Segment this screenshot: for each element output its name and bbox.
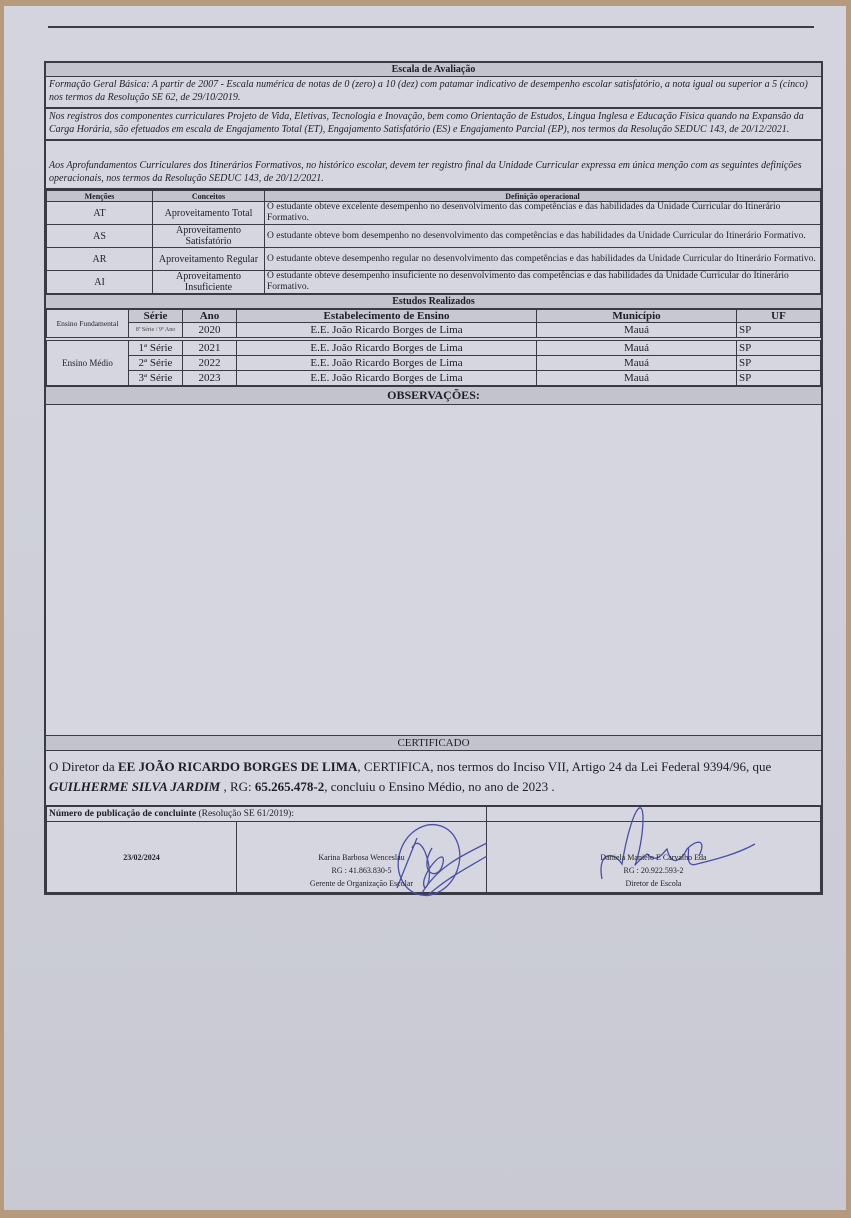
publication-label-bold: Número de publicação de concluinte	[49, 809, 196, 819]
school-header: Estabelecimento de Ensino	[237, 310, 537, 323]
school-record-document: Escala de Avaliação Formação Geral Básic…	[44, 61, 823, 895]
study-row: 3ª Série 2023 E.E. João Ricardo Borges d…	[47, 371, 821, 386]
city-header: Município	[537, 310, 737, 323]
study-city: Mauá	[537, 356, 737, 371]
mentions-header: Menções	[47, 191, 153, 202]
mention-code: AS	[47, 225, 153, 248]
signer2-rg: RG : 20.922.593-2	[487, 864, 820, 877]
mention-concept: Aproveitamento Insuficiente	[153, 271, 265, 294]
certificate-text: O Diretor da EE JOÃO RICARDO BORGES DE L…	[46, 751, 821, 806]
study-city: Mauá	[537, 371, 737, 386]
publication-number-value	[487, 807, 821, 822]
mention-code: AT	[47, 202, 153, 225]
cert-text-part: , RG:	[220, 779, 255, 794]
signature-table: Número de publicação de concluinte (Reso…	[46, 806, 821, 893]
study-uf: SP	[737, 371, 821, 386]
issue-date: 23/02/2024	[123, 853, 159, 862]
mention-row: AI Aproveitamento Insuficiente O estudan…	[47, 271, 821, 294]
observations-body	[46, 405, 821, 736]
study-serie: 2ª Série	[129, 356, 183, 371]
signer2-name: Daniela Manielo E Carvalho Eda	[487, 851, 820, 864]
signer1-name: Karina Barbosa Wenceslau	[237, 851, 486, 864]
study-row: Ensino Médio 1ª Série 2021 E.E. João Ric…	[47, 341, 821, 356]
study-year: 2021	[183, 341, 237, 356]
mention-code: AI	[47, 271, 153, 294]
study-uf: SP	[737, 356, 821, 371]
mention-concept: Aproveitamento Total	[153, 202, 265, 225]
study-uf: SP	[737, 341, 821, 356]
observations-title: OBSERVAÇÕES:	[46, 386, 821, 405]
cert-student-name: GUILHERME SILVA JARDIM	[49, 779, 220, 794]
scale-paragraph-itineraries: Aos Aprofundamentos Curriculares dos Iti…	[46, 141, 821, 190]
ano-header: Ano	[183, 310, 237, 323]
concepts-header: Conceitos	[153, 191, 265, 202]
study-year: 2023	[183, 371, 237, 386]
uf-header: UF	[737, 310, 821, 323]
mention-definition: O estudante obteve desempenho regular no…	[265, 248, 821, 271]
mention-definition: O estudante obteve excelente desempenho …	[265, 202, 821, 225]
signer2-cell: Daniela Manielo E Carvalho Eda RG : 20.9…	[487, 822, 821, 893]
cert-text-part: O Diretor da	[49, 759, 118, 774]
mention-row: AS Aproveitamento Satisfatório O estudan…	[47, 225, 821, 248]
study-year: 2020	[183, 323, 237, 338]
mention-row: AT Aproveitamento Total O estudante obte…	[47, 202, 821, 225]
study-school: E.E. João Ricardo Borges de Lima	[237, 371, 537, 386]
study-school: E.E. João Ricardo Borges de Lima	[237, 356, 537, 371]
signer1-rg: RG : 41.863.830-5	[237, 864, 486, 877]
cert-text-part: , CERTIFICA, nos termos do Inciso VII, A…	[357, 759, 771, 774]
study-serie: 3ª Série	[129, 371, 183, 386]
signer1-cell: Karina Barbosa Wenceslau RG : 41.863.830…	[237, 822, 487, 893]
study-serie: 8ª Série / 9º Ano	[129, 323, 183, 338]
definition-header: Definição operacional	[265, 191, 821, 202]
certificate-title: CERTIFICADO	[46, 736, 821, 751]
publication-label-rest: (Resolução SE 61/2019):	[196, 809, 294, 819]
cert-text-part: , concluiu o Ensino Médio, no ano de 202…	[324, 779, 554, 794]
cert-student-rg: 65.265.478-2	[255, 779, 324, 794]
mention-concept: Aproveitamento Satisfatório	[153, 225, 265, 248]
study-year: 2022	[183, 356, 237, 371]
mentions-table: Menções Conceitos Definição operacional …	[46, 190, 821, 294]
scale-paragraph-basic: Formação Geral Básica: A partir de 2007 …	[46, 77, 821, 109]
study-school: E.E. João Ricardo Borges de Lima	[237, 323, 537, 338]
scale-paragraph-engagement: Nos registros dos componentes curricular…	[46, 109, 821, 141]
studies-title: Estudos Realizados	[46, 294, 821, 309]
signer1-role: Gerente de Organização Escolar	[237, 877, 486, 890]
study-school: E.E. João Ricardo Borges de Lima	[237, 341, 537, 356]
mention-code: AR	[47, 248, 153, 271]
studies-table: Ensino Fundamental Série Ano Estabelecim…	[46, 309, 821, 386]
study-serie: 1ª Série	[129, 341, 183, 356]
study-row: 2ª Série 2022 E.E. João Ricardo Borges d…	[47, 356, 821, 371]
issue-date-cell: 23/02/2024	[47, 822, 237, 893]
mention-row: AR Aproveitamento Regular O estudante ob…	[47, 248, 821, 271]
mention-definition: O estudante obteve bom desempenho no des…	[265, 225, 821, 248]
top-rule	[48, 26, 814, 28]
study-city: Mauá	[537, 323, 737, 338]
serie-header: Série	[129, 310, 183, 323]
mention-concept: Aproveitamento Regular	[153, 248, 265, 271]
signer2-role: Diretor de Escola	[487, 877, 820, 890]
publication-number-label: Número de publicação de concluinte (Reso…	[47, 807, 487, 822]
cert-school-name: EE JOÃO RICARDO BORGES DE LIMA	[118, 759, 357, 774]
study-city: Mauá	[537, 341, 737, 356]
evaluation-scale-title: Escala de Avaliação	[46, 63, 821, 77]
level-medio: Ensino Médio	[47, 341, 129, 386]
study-uf: SP	[737, 323, 821, 338]
study-row: 8ª Série / 9º Ano 2020 E.E. João Ricardo…	[47, 323, 821, 338]
mention-definition: O estudante obteve desempenho insuficien…	[265, 271, 821, 294]
level-fundamental: Ensino Fundamental	[47, 310, 129, 338]
